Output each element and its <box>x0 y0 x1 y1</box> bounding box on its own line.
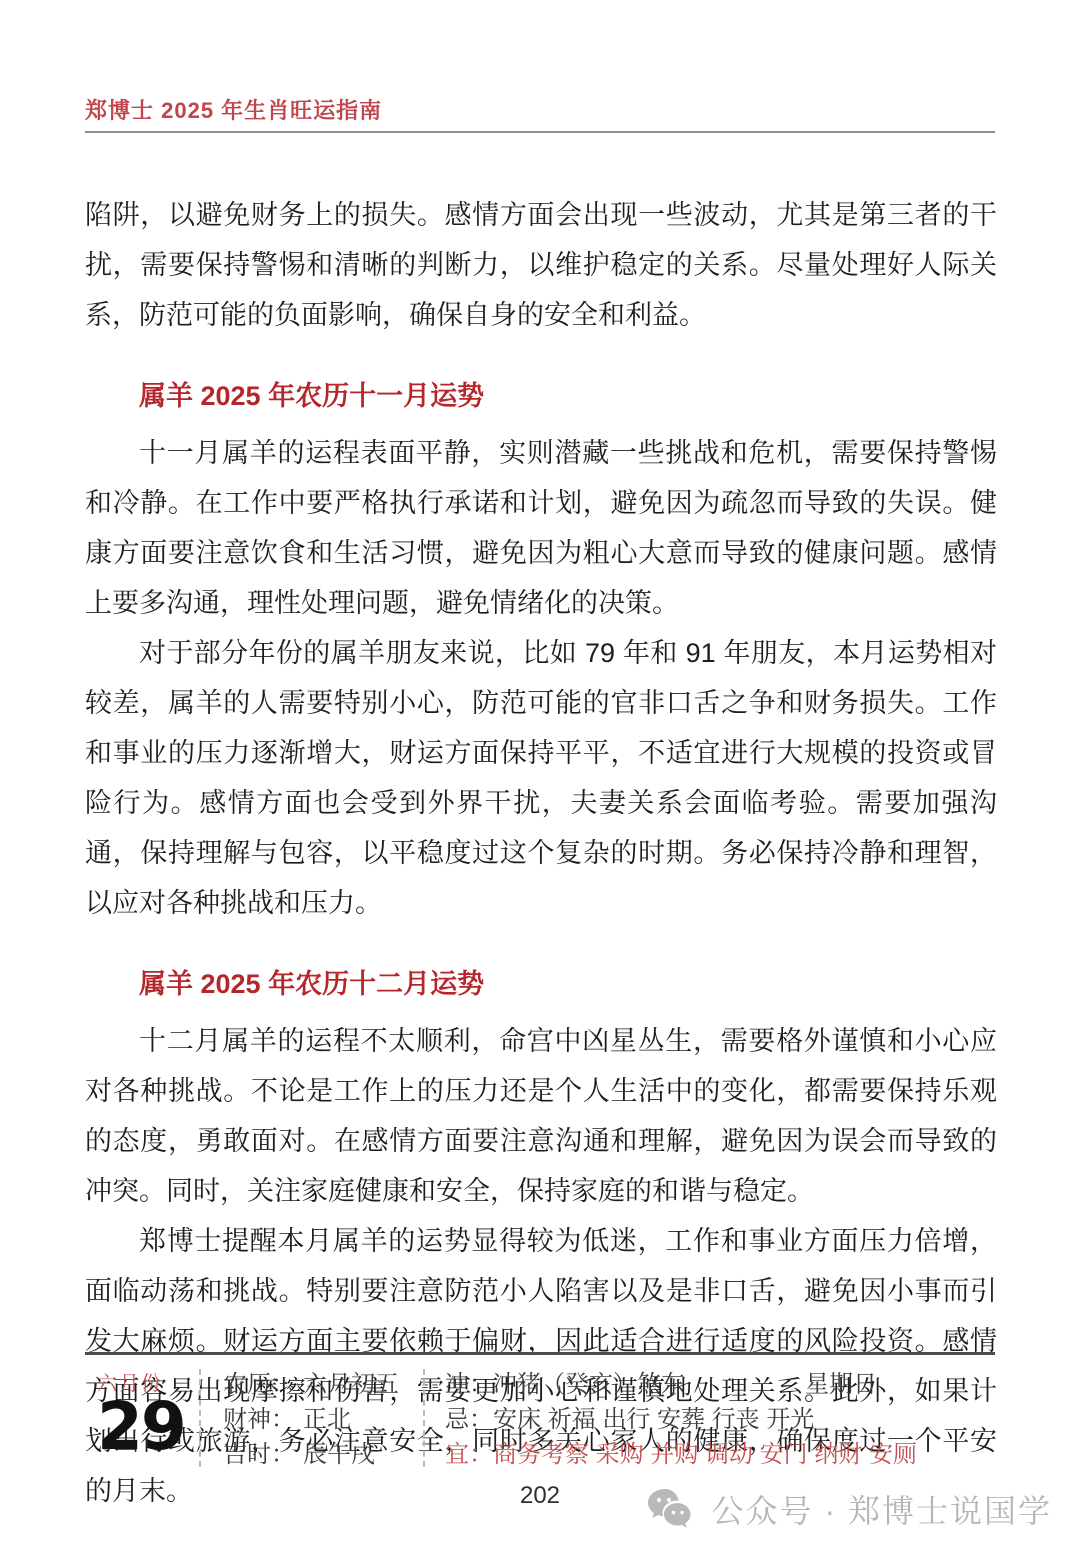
paragraph: 十二月属羊的运程不太顺利，命宫中凶星丛生，需要格外谨慎和小心应对各种挑战。不论是… <box>85 1016 997 1216</box>
calendar-almanac-column: 冲： 冲猪（癸亥）煞东 星期日 忌： 安床 祈福 出行 安葬 行丧 开光 宜： … <box>445 1367 995 1472</box>
suitable-row: 宜： 商务考察 采购 并购 调动 安门 纳财 安厕 <box>445 1437 995 1472</box>
lucky-hours-label: 吉时： <box>223 1437 303 1472</box>
calendar-divider <box>423 1369 425 1467</box>
book-page: 郑博士 2025 年生肖旺运指南 陷阱，以避免财务上的损失。感情方面会出现一些波… <box>0 0 1080 1563</box>
lucky-hours-value: 辰午戌 <box>303 1437 375 1472</box>
wealth-god-label: 财神： <box>223 1402 303 1437</box>
header-divider <box>85 131 995 133</box>
weekday-label: 星期日 <box>805 1367 877 1402</box>
almanac-calendar-strip: 六月份 29 农历： 六月初五 财神： 正北 吉时： 辰午戌 <box>85 1352 995 1472</box>
lunar-date-value: 六月初五 <box>303 1367 399 1402</box>
wechat-icon <box>646 1487 698 1531</box>
avoid-value: 安床 祈福 出行 安葬 行丧 开光 <box>493 1402 814 1437</box>
calendar-date-block: 六月份 29 <box>85 1367 199 1456</box>
watermark-text: 公众号 · 郑博士说国学 <box>712 1486 1052 1532</box>
wealth-god-value: 正北 <box>303 1402 351 1437</box>
calendar-day-number: 29 <box>97 1398 199 1456</box>
page-content: 陷阱，以避免财务上的损失。感情方面会出现一些波动，尤其是第三者的干扰，需要保持警… <box>85 190 997 1516</box>
suitable-label: 宜： <box>445 1437 493 1472</box>
avoid-label: 忌： <box>445 1402 493 1437</box>
calendar-divider <box>199 1369 201 1467</box>
lucky-hours-row: 吉时： 辰午戌 <box>223 1437 423 1472</box>
clash-row: 冲： 冲猪（癸亥）煞东 星期日 <box>445 1367 995 1402</box>
intro-paragraph: 陷阱，以避免财务上的损失。感情方面会出现一些波动，尤其是第三者的干扰，需要保持警… <box>85 190 997 340</box>
avoid-row: 忌： 安床 祈福 出行 安葬 行丧 开光 <box>445 1402 995 1437</box>
paragraph: 对于部分年份的属羊朋友来说，比如 79 年和 91 年朋友，本月运势相对较差，属… <box>85 628 997 928</box>
calendar-info-column: 农历： 六月初五 财神： 正北 吉时： 辰午戌 <box>223 1367 423 1472</box>
paragraph: 十一月属羊的运程表面平静，实则潜藏一些挑战和危机，需要保持警惕和冷静。在工作中要… <box>85 428 997 628</box>
section-november: 属羊 2025 年农历十一月运势 十一月属羊的运程表面平静，实则潜藏一些挑战和危… <box>85 374 997 928</box>
clash-value: 冲猪（癸亥）煞东 <box>493 1367 685 1402</box>
page-header-title: 郑博士 2025 年生肖旺运指南 <box>85 94 382 125</box>
lunar-date-label: 农历： <box>223 1367 303 1402</box>
section-heading-december: 属羊 2025 年农历十二月运势 <box>85 962 997 1006</box>
clash-label: 冲： <box>445 1367 493 1402</box>
wealth-god-row: 财神： 正北 <box>223 1402 423 1437</box>
section-heading-november: 属羊 2025 年农历十一月运势 <box>85 374 997 418</box>
wechat-watermark: 公众号 · 郑博士说国学 <box>646 1486 1052 1532</box>
suitable-value: 商务考察 采购 并购 调动 安门 纳财 安厕 <box>493 1437 917 1472</box>
lunar-date-row: 农历： 六月初五 <box>223 1367 423 1402</box>
